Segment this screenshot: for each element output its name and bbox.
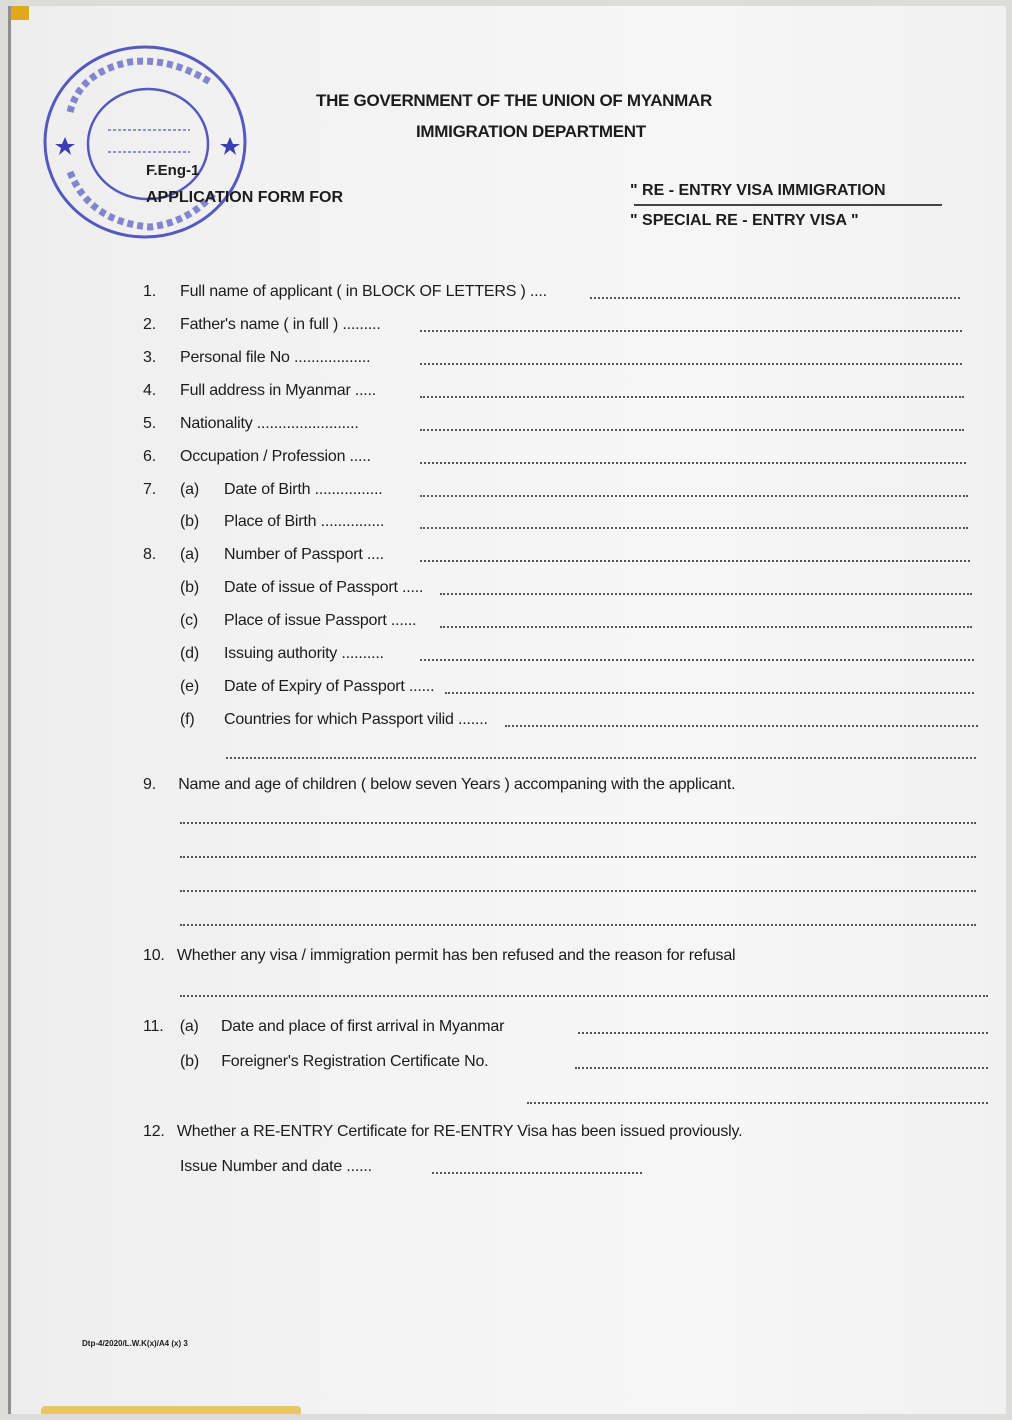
field-row: (e)Date of Expiry of Passport ...... [143,678,434,696]
field-text: Date of Birth ................ [224,481,383,498]
field-entry-line[interactable] [590,297,960,299]
field-row: (b)Place of Birth ............... [143,513,384,531]
field-sub: (b) [180,579,224,597]
field-number: 2. [143,316,180,334]
field-number: 10. [143,947,165,964]
field-sub: (a) [180,546,224,564]
field-entry-line[interactable] [445,692,974,694]
first-arrival-entry-line[interactable] [578,1032,988,1034]
children-entry-line-2[interactable] [180,856,976,858]
field-entry-line[interactable] [420,363,962,365]
children-entry-line-1[interactable] [180,822,976,824]
field-previous-reentry-label: 12. Whether a RE-ENTRY Certificate for R… [143,1123,742,1141]
field-text: Date and place of first arrival in Myanm… [221,1018,504,1035]
field-entry-line[interactable] [420,462,966,464]
field-registration-cert-label: (b) Foreigner's Registration Certificate… [180,1053,488,1071]
field-text: Father's name ( in full ) ......... [180,316,381,333]
field-text: Place of Birth ............... [224,513,384,530]
header-department-title: IMMIGRATION DEPARTMENT [416,122,646,142]
field-row: 4.Full address in Myanmar ..... [143,382,376,400]
visa-refusal-entry-line[interactable] [180,995,988,997]
children-entry-line-4[interactable] [180,924,976,926]
field-sub: (c) [180,612,224,630]
field-entry-line[interactable] [420,396,964,398]
field-text: Countries for which Passport vilid .....… [224,711,488,728]
field-row: 3.Personal file No .................. [143,349,370,367]
field-number: 7. [143,481,180,499]
field-visa-refusal-label: 10. Whether any visa / immigration permi… [143,947,735,965]
field-entry-line[interactable] [420,495,968,497]
field-sub: (f) [180,711,224,729]
field-text: Name and age of children ( below seven Y… [178,776,735,793]
field-row: 1.Full name of applicant ( in BLOCK OF L… [143,283,547,301]
field-number: 1. [143,283,180,301]
header-government-title: THE GOVERNMENT OF THE UNION OF MYANMAR [316,91,712,111]
field-row: (f)Countries for which Passport vilid ..… [143,711,488,729]
visa-type-special: " SPECIAL RE - ENTRY VISA " [630,212,859,230]
field-text: Number of Passport .... [224,546,384,563]
folder-tab [11,6,29,20]
field-number: 8. [143,546,180,564]
official-seal-stamp [40,42,250,242]
field-text: Whether any visa / immigration permit ha… [177,947,736,964]
field-text: Full name of applicant ( in BLOCK OF LET… [180,283,547,300]
field-row: 2.Father's name ( in full ) ......... [143,316,381,334]
visa-type-underline [634,204,942,206]
field-text: Foreigner's Registration Certificate No. [221,1053,488,1070]
field-text: Date of Expiry of Passport ...... [224,678,434,695]
field-children-label: 9. Name and age of children ( below seve… [143,776,735,794]
field-text: Occupation / Profession ..... [180,448,371,465]
application-form-label: APPLICATION FORM FOR [146,189,343,207]
field-entry-line[interactable] [440,626,972,628]
field-row: (d)Issuing authority .......... [143,645,384,663]
field-entry-line[interactable] [420,429,964,431]
field-text: Issuing authority .......... [224,645,384,662]
field-number: 12. [143,1123,165,1140]
field-entry-line[interactable] [505,725,978,727]
field-text: Nationality ........................ [180,415,359,432]
field-number: 6. [143,448,180,466]
field-row: 5.Nationality ........................ [143,415,359,433]
field-row: (b)Date of issue of Passport ..... [143,579,423,597]
field-sub: (b) [180,513,224,531]
field-text: Whether a RE-ENTRY Certificate for RE-EN… [177,1123,743,1140]
field-sub: (a) [180,1018,199,1035]
issue-number-entry-line[interactable] [432,1172,642,1174]
field-row: 6.Occupation / Profession ..... [143,448,371,466]
folder-edge [41,1406,301,1414]
field-row: 7.(a)Date of Birth ................ [143,481,383,499]
field-text: Place of issue Passport ...... [224,612,416,629]
field-sub: (e) [180,678,224,696]
field-number: 5. [143,415,180,433]
form-code: F.Eng-1 [146,162,199,179]
field-entry-line[interactable] [440,593,972,595]
field-number: 4. [143,382,180,400]
field-number: 9. [143,776,156,793]
field-sub: (b) [180,1053,199,1070]
visa-type-reentry: " RE - ENTRY VISA IMMIGRATION [630,182,886,200]
field-sub: (d) [180,645,224,663]
field-entry-line[interactable] [420,527,968,529]
field-entry-line[interactable] [420,560,970,562]
children-entry-line-3[interactable] [180,890,976,892]
field-row: 8.(a)Number of Passport .... [143,546,384,564]
field-text: Personal file No .................. [180,349,370,366]
field-row: (c)Place of issue Passport ...... [143,612,416,630]
field-text: Date of issue of Passport ..... [224,579,423,596]
field-text: Full address in Myanmar ..... [180,382,376,399]
field-number: 11. [143,1018,163,1035]
field-entry-line[interactable] [420,659,974,661]
form-reference-code: Dtp-4/2020/L.W.K(x)/A4 (x) 3 [82,1339,188,1348]
countries-entry-line-2[interactable] [226,757,976,759]
field-first-arrival-label: 11. (a) Date and place of first arrival … [143,1018,504,1036]
field-number: 3. [143,349,180,367]
registration-cert-entry-line-2[interactable] [527,1102,988,1104]
field-entry-line[interactable] [420,330,962,332]
field-issue-number-label: Issue Number and date ...... [180,1158,372,1176]
field-sub: (a) [180,481,224,499]
registration-cert-entry-line[interactable] [575,1067,988,1069]
